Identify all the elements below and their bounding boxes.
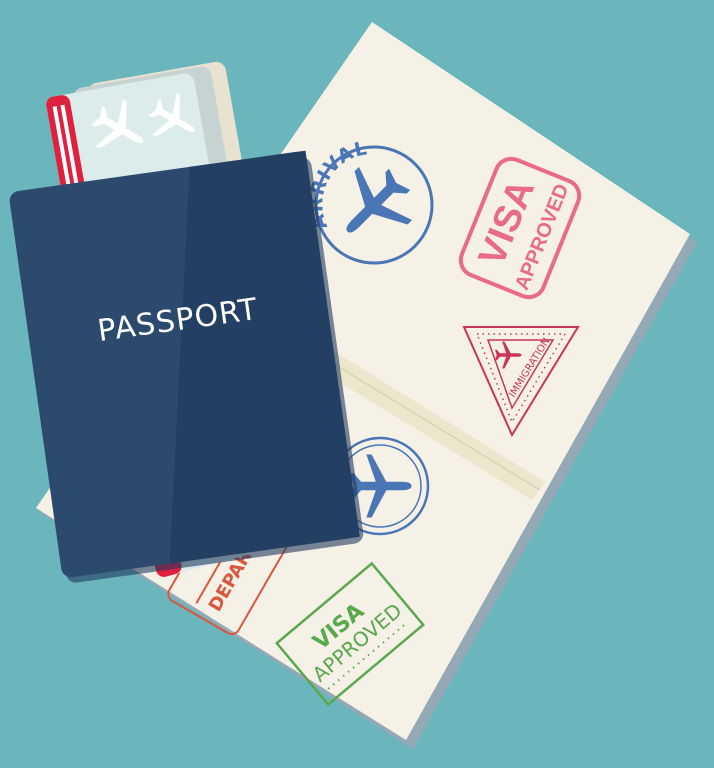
- passport-illustration: ARRIVAL VISA APPROVED IMMIGRATION DEPART…: [0, 0, 714, 768]
- passport-cover: PASSPORT: [8, 150, 364, 584]
